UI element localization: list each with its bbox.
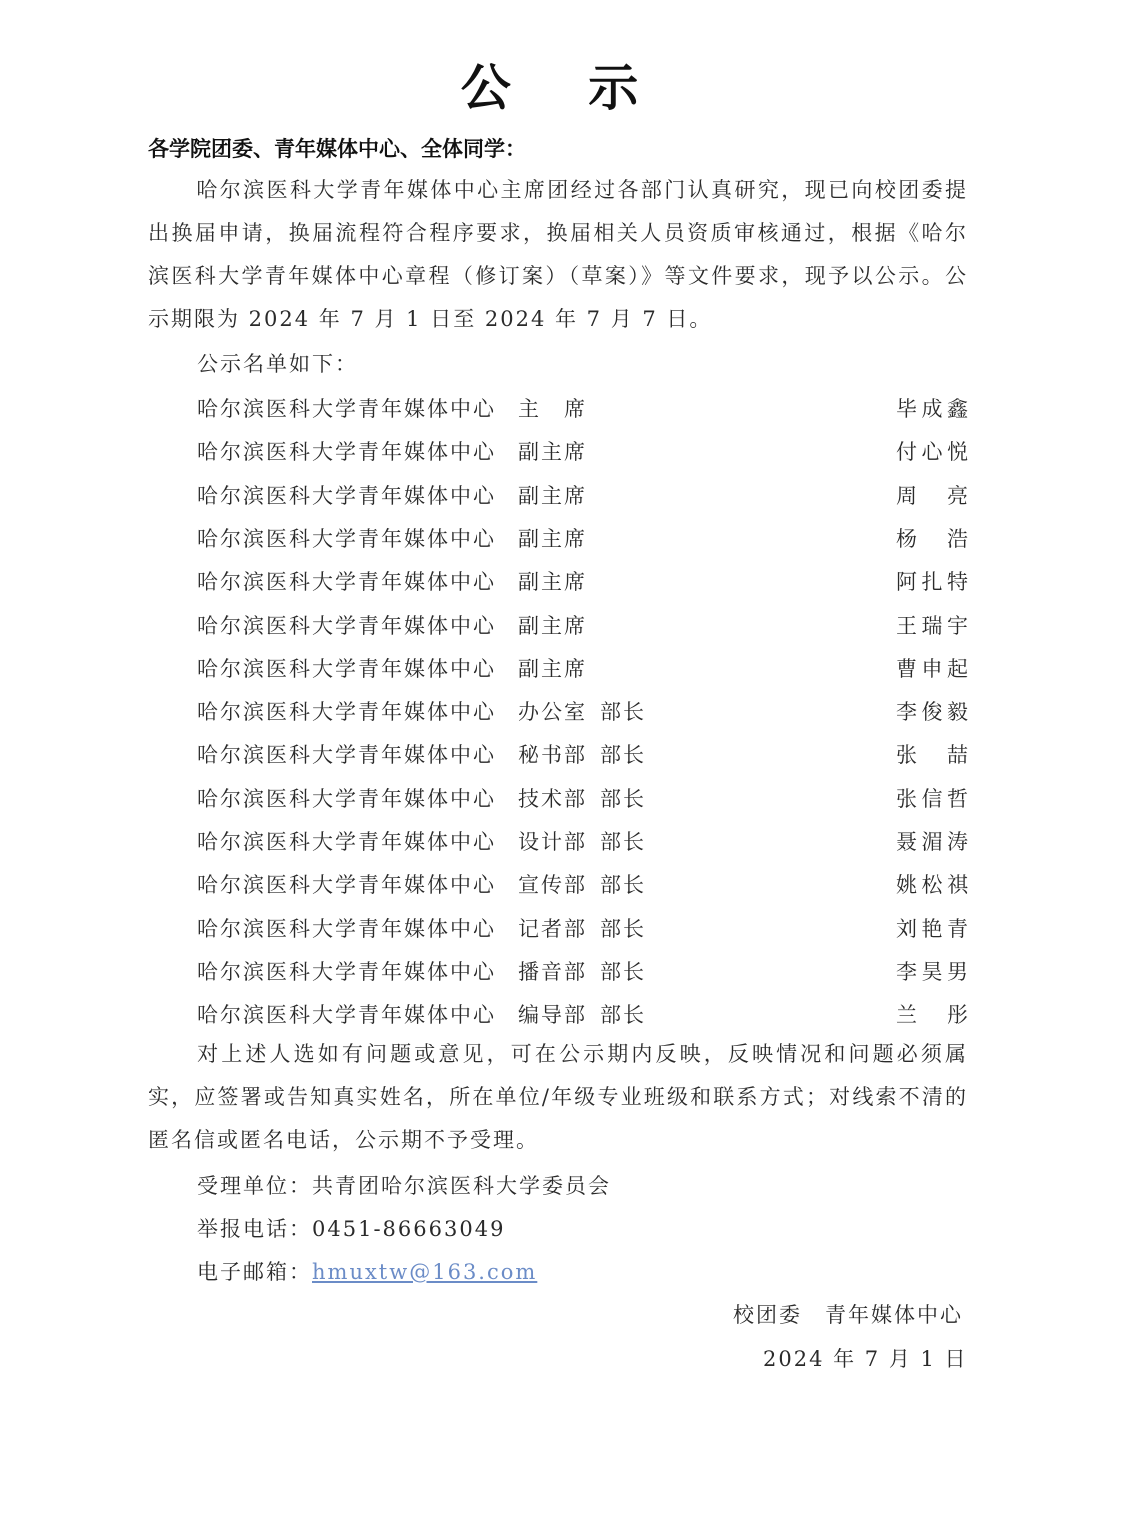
roster-name: 姚松祺 bbox=[896, 869, 968, 899]
roster-row: 哈尔滨医科大学青年媒体中心播音部部长李昊男 bbox=[197, 956, 968, 986]
roster-row: 哈尔滨医科大学青年媒体中心副主席付心悦 bbox=[197, 436, 968, 466]
roster-dept: 技术部 bbox=[518, 783, 587, 813]
roster-role: 副主席 bbox=[518, 436, 587, 466]
roster-name: 张信哲 bbox=[896, 783, 968, 813]
roster-org: 哈尔滨医科大学青年媒体中心 bbox=[197, 696, 496, 726]
roster-name: 阿扎特 bbox=[896, 566, 968, 596]
roster-name: 张喆 bbox=[896, 739, 968, 769]
objection-paragraph: 对上述人选如有问题或意见，可在公示期内反映，反映情况和问题必须属实，应签署或告知… bbox=[148, 1033, 968, 1162]
roster-name: 聂湄涛 bbox=[896, 826, 968, 856]
roster-name: 毕成鑫 bbox=[896, 393, 968, 423]
roster-org: 哈尔滨医科大学青年媒体中心 bbox=[197, 436, 496, 466]
roster-role: 副主席 bbox=[518, 523, 587, 553]
roster-row: 哈尔滨医科大学青年媒体中心宣传部部长姚松祺 bbox=[197, 869, 968, 899]
roster-role: 副主席 bbox=[518, 480, 587, 510]
roster-role: 部长 bbox=[600, 739, 646, 769]
roster-row: 哈尔滨医科大学青年媒体中心副主席王瑞宇 bbox=[197, 610, 968, 640]
roster-row: 哈尔滨医科大学青年媒体中心设计部部长聂湄涛 bbox=[197, 826, 968, 856]
list-heading: 公示名单如下： bbox=[197, 348, 358, 378]
document-title: 公 示 bbox=[0, 48, 1129, 120]
intro-paragraph: 哈尔滨医科大学青年媒体中心主席团经过各部门认真研究，现已向校团委提出换届申请，换… bbox=[148, 169, 968, 341]
roster-row: 哈尔滨医科大学青年媒体中心技术部部长张信哲 bbox=[197, 783, 968, 813]
roster-dept: 秘书部 bbox=[518, 739, 587, 769]
salutation: 各学院团委、青年媒体中心、全体同学： bbox=[148, 133, 526, 163]
roster-dept: 宣传部 bbox=[518, 869, 587, 899]
roster-row: 哈尔滨医科大学青年媒体中心副主席曹申起 bbox=[197, 653, 968, 683]
contact-email: 电子邮箱：hmuxtw@163.com bbox=[197, 1256, 537, 1286]
contact-unit-value: 共青团哈尔滨医科大学委员会 bbox=[312, 1174, 611, 1198]
signature-issuers: 校团委 青年媒体中心 bbox=[733, 1299, 963, 1329]
roster-name: 杨浩 bbox=[896, 523, 968, 553]
roster-name: 刘艳青 bbox=[896, 913, 968, 943]
roster-org: 哈尔滨医科大学青年媒体中心 bbox=[197, 566, 496, 596]
roster-dept: 设计部 bbox=[518, 826, 587, 856]
roster-name: 付心悦 bbox=[896, 436, 968, 466]
contact-unit-label: 受理单位： bbox=[197, 1174, 312, 1198]
roster-role: 部长 bbox=[600, 783, 646, 813]
roster-row: 哈尔滨医科大学青年媒体中心记者部部长刘艳青 bbox=[197, 913, 968, 943]
roster-org: 哈尔滨医科大学青年媒体中心 bbox=[197, 826, 496, 856]
roster-org: 哈尔滨医科大学青年媒体中心 bbox=[197, 999, 496, 1029]
contact-unit: 受理单位：共青团哈尔滨医科大学委员会 bbox=[197, 1170, 611, 1200]
roster-org: 哈尔滨医科大学青年媒体中心 bbox=[197, 913, 496, 943]
roster-role: 主 席 bbox=[518, 393, 587, 423]
roster-role: 部长 bbox=[600, 999, 646, 1029]
roster-org: 哈尔滨医科大学青年媒体中心 bbox=[197, 610, 496, 640]
contact-phone: 举报电话：0451-86663049 bbox=[197, 1213, 505, 1243]
roster-org: 哈尔滨医科大学青年媒体中心 bbox=[197, 393, 496, 423]
roster-dept: 办公室 bbox=[518, 696, 587, 726]
contact-email-label: 电子邮箱： bbox=[197, 1260, 312, 1284]
contact-phone-label: 举报电话： bbox=[197, 1217, 312, 1241]
roster-org: 哈尔滨医科大学青年媒体中心 bbox=[197, 653, 496, 683]
roster-role: 部长 bbox=[600, 913, 646, 943]
roster-row: 哈尔滨医科大学青年媒体中心副主席周亮 bbox=[197, 480, 968, 510]
roster-dept: 播音部 bbox=[518, 956, 587, 986]
roster-role: 部长 bbox=[600, 956, 646, 986]
roster-name: 李昊男 bbox=[896, 956, 968, 986]
roster-row: 哈尔滨医科大学青年媒体中心秘书部部长张喆 bbox=[197, 739, 968, 769]
roster-row: 哈尔滨医科大学青年媒体中心主 席毕成鑫 bbox=[197, 393, 968, 423]
roster-org: 哈尔滨医科大学青年媒体中心 bbox=[197, 480, 496, 510]
roster-name: 李俊毅 bbox=[896, 696, 968, 726]
roster-name: 王瑞宇 bbox=[896, 610, 968, 640]
email-link[interactable]: hmuxtw@163.com bbox=[312, 1260, 537, 1284]
roster-org: 哈尔滨医科大学青年媒体中心 bbox=[197, 869, 496, 899]
roster-name: 兰彤 bbox=[896, 999, 968, 1029]
signature-date: 2024 年 7 月 1 日 bbox=[763, 1343, 968, 1373]
roster-role: 副主席 bbox=[518, 610, 587, 640]
roster-role: 副主席 bbox=[518, 653, 587, 683]
roster-row: 哈尔滨医科大学青年媒体中心副主席阿扎特 bbox=[197, 566, 968, 596]
roster-row: 哈尔滨医科大学青年媒体中心副主席杨浩 bbox=[197, 523, 968, 553]
roster-role: 部长 bbox=[600, 696, 646, 726]
roster-role: 副主席 bbox=[518, 566, 587, 596]
roster-row: 哈尔滨医科大学青年媒体中心办公室部长李俊毅 bbox=[197, 696, 968, 726]
roster-name: 周亮 bbox=[896, 480, 968, 510]
roster-dept: 编导部 bbox=[518, 999, 587, 1029]
intro-text: 哈尔滨医科大学青年媒体中心主席团经过各部门认真研究，现已向校团委提出换届申请，换… bbox=[148, 178, 968, 331]
roster-name: 曹申起 bbox=[896, 653, 968, 683]
roster-role: 部长 bbox=[600, 826, 646, 856]
roster-org: 哈尔滨医科大学青年媒体中心 bbox=[197, 956, 496, 986]
roster-dept: 记者部 bbox=[518, 913, 587, 943]
contact-phone-value: 0451-86663049 bbox=[312, 1217, 505, 1241]
roster-row: 哈尔滨医科大学青年媒体中心编导部部长兰彤 bbox=[197, 999, 968, 1029]
roster-org: 哈尔滨医科大学青年媒体中心 bbox=[197, 739, 496, 769]
roster-org: 哈尔滨医科大学青年媒体中心 bbox=[197, 783, 496, 813]
roster-role: 部长 bbox=[600, 869, 646, 899]
objection-text: 对上述人选如有问题或意见，可在公示期内反映，反映情况和问题必须属实，应签署或告知… bbox=[148, 1042, 968, 1152]
roster-org: 哈尔滨医科大学青年媒体中心 bbox=[197, 523, 496, 553]
